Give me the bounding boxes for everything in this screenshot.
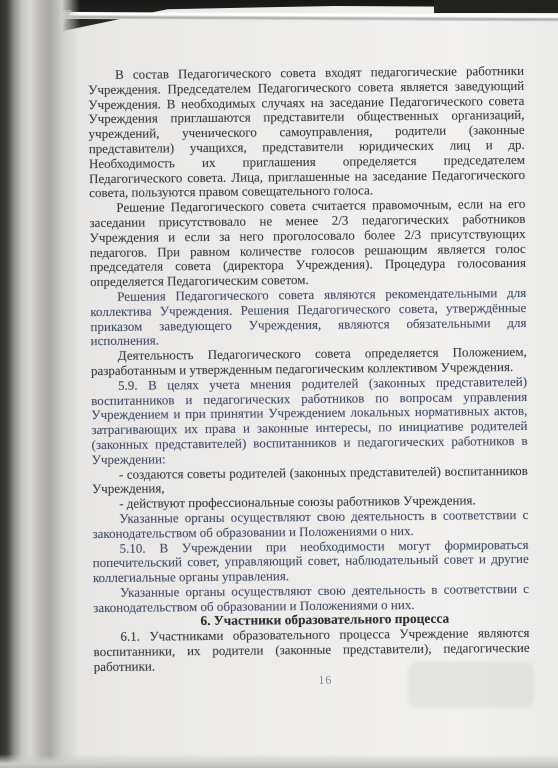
paragraph-clause-6-1: 6.1. Участниками образовательного процес… (93, 626, 529, 675)
paragraph-clause-5-9: 5.9. В целях учета мнения родителей (зак… (91, 375, 528, 468)
paragraph-bodies-legislation-2: Указанные органы осуществляют свою деяте… (93, 582, 529, 616)
paragraph-bodies-legislation-1: Указанные органы осуществляют свою деяте… (92, 508, 528, 542)
scan-spine-shadow (0, 0, 80, 768)
paragraph-pedcouncil-membership: В состав Педагогического совета входят п… (88, 64, 525, 201)
paragraph-pedcouncil-quorum: Решение Педагогического совета считается… (89, 197, 526, 290)
document-text-block: В состав Педагогического совета входят п… (88, 64, 530, 690)
page-number: 16 (94, 671, 530, 690)
paragraph-pedcouncil-decisions: Решения Педагогического совета являются … (90, 286, 527, 349)
scanned-document-page: В состав Педагогического совета входят п… (0, 0, 558, 768)
scan-bottom-edge-shadow (0, 754, 558, 768)
scan-top-right-shadow (434, 0, 558, 13)
paragraph-clause-5-10: 5.10. В Учреждении при необходимости мог… (93, 537, 529, 586)
